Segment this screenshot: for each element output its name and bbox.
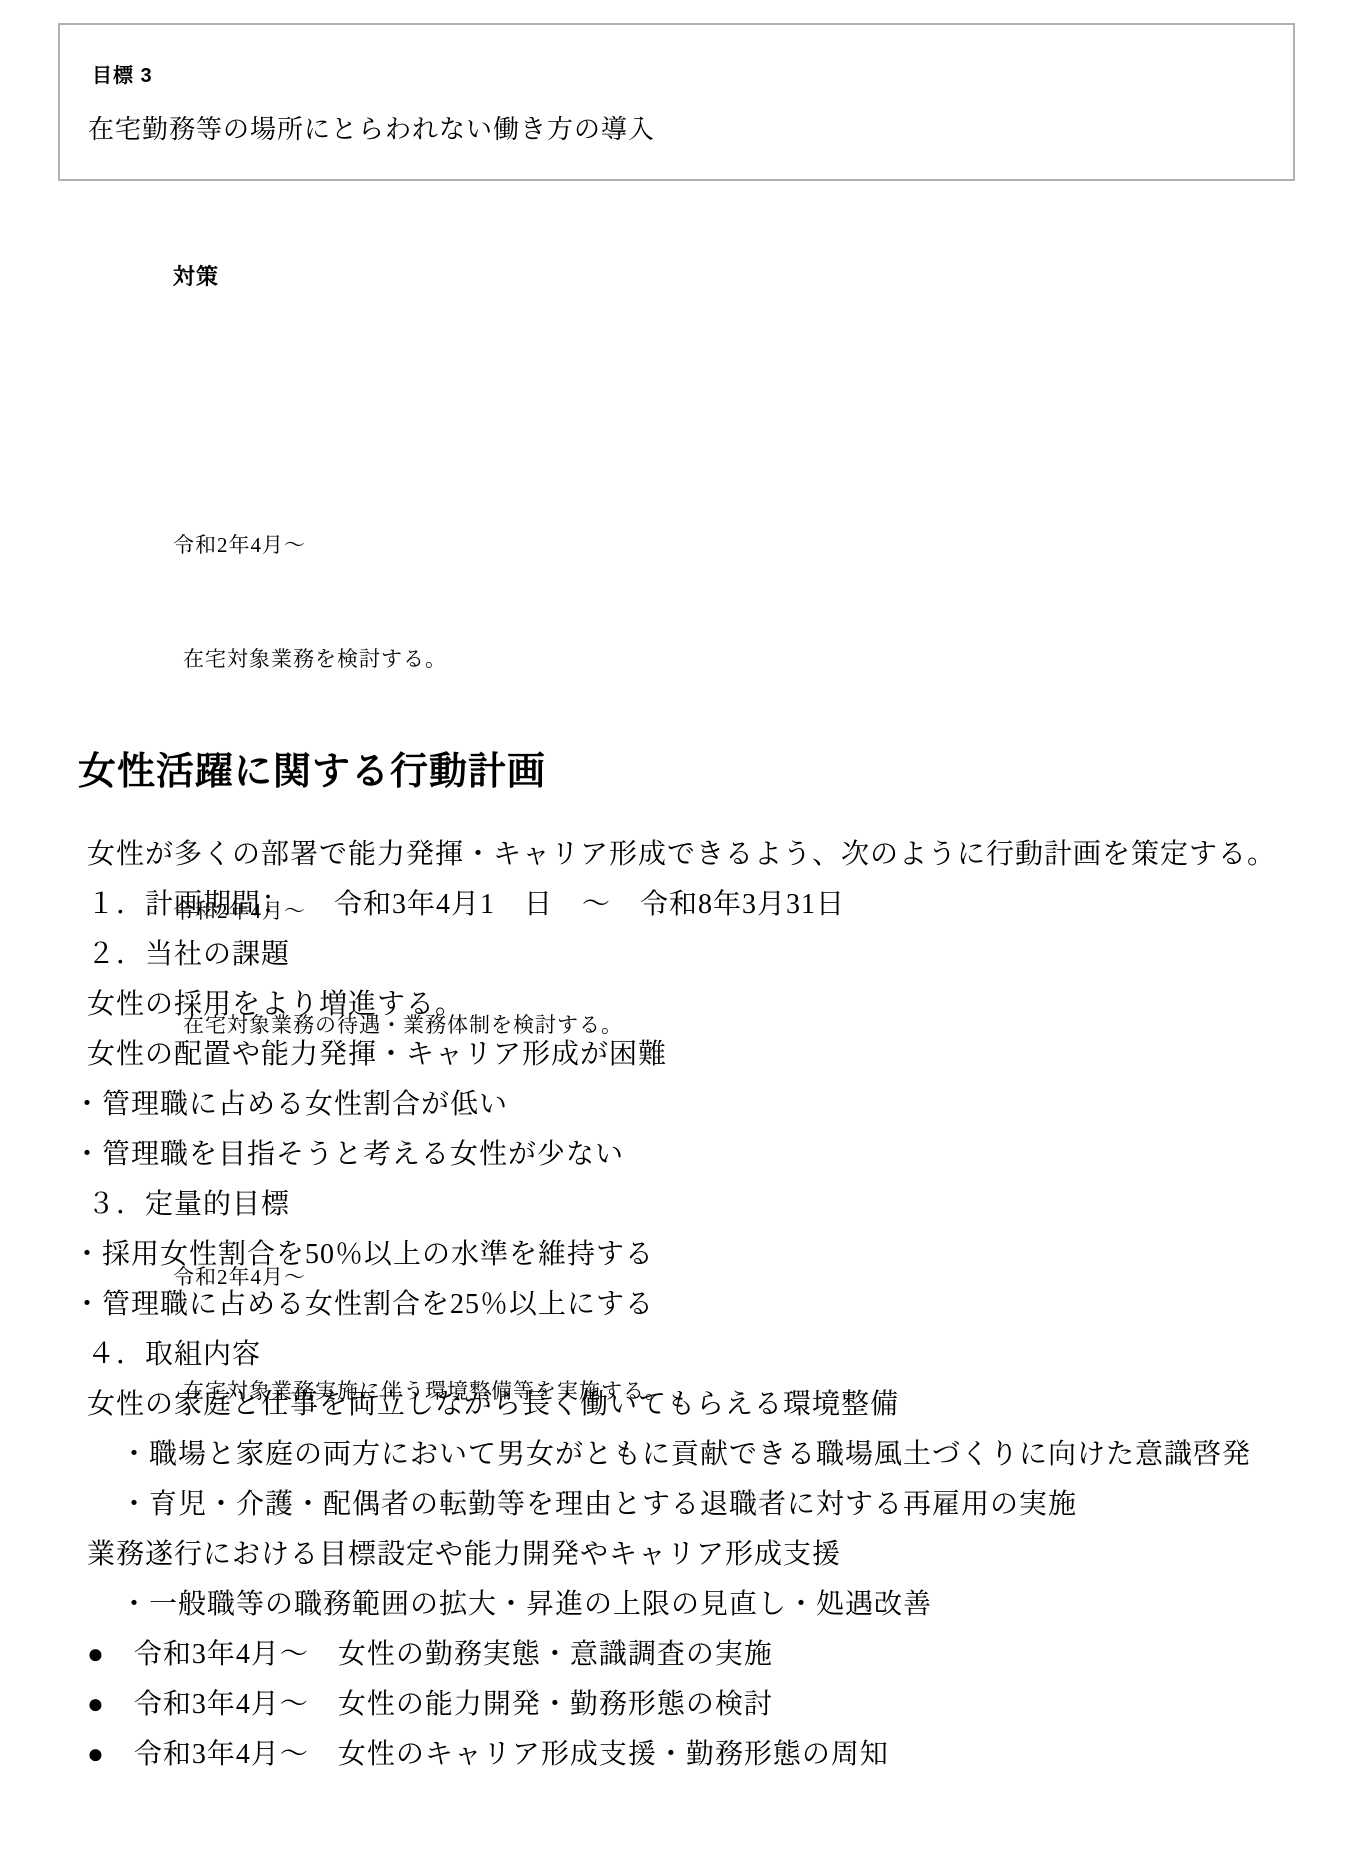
plan-line: ● 令和3年4月～ 女性の勤務実態・意識調査の実施: [87, 1630, 1276, 1680]
action-plan-body: 女性が多くの部署で能力発揮・キャリア形成できるよう、次のように行動計画を策定する…: [87, 830, 1276, 1780]
plan-line: ２．当社の課題: [87, 930, 1276, 980]
plan-line: 業務遂行における目標設定や能力開発やキャリア形成支援: [87, 1530, 1276, 1580]
document-page: 目標 3 在宅勤務等の場所にとらわれない働き方の導入 対策 令和2年4月～ 在宅…: [0, 0, 1354, 1872]
goal-box-label: 目標 3: [92, 59, 153, 88]
plan-line: ・管理職に占める女性割合を25％以上にする: [73, 1280, 1276, 1330]
action-plan-heading: 女性活躍に関する行動計画: [78, 740, 546, 795]
plan-line: １．計画期間： 令和3年4月1 日 ～ 令和8年3月31日: [87, 880, 1276, 930]
plan-line: ・採用女性割合を50％以上の水準を維持する: [73, 1230, 1276, 1280]
plan-line: 女性の家庭と仕事を両立しながら長く働いてもらえる環境整備: [87, 1380, 1276, 1430]
plan-line: ・職場と家庭の両方において男女がともに貢献できる職場風土づくりに向けた意識啓発: [120, 1430, 1276, 1480]
plan-line: ・一般職等の職務範囲の拡大・昇進の上限の見直し・処遇改善: [120, 1580, 1276, 1630]
measure-item: 令和2年4月～ 在宅対象業務を検討する。: [173, 480, 667, 768]
plan-line: 女性が多くの部署で能力発揮・キャリア形成できるよう、次のように行動計画を策定する…: [87, 830, 1276, 880]
measure-action: 在宅対象業務を検討する。: [183, 646, 667, 672]
plan-line: ● 令和3年4月～ 女性のキャリア形成支援・勤務形態の周知: [87, 1730, 1276, 1780]
plan-line: 女性の配置や能力発揮・キャリア形成が困難: [87, 1030, 1276, 1080]
plan-line: ● 令和3年4月～ 女性の能力開発・勤務形態の検討: [87, 1680, 1276, 1730]
plan-line: ４．取組内容: [87, 1330, 1276, 1380]
plan-line: ３．定量的目標: [87, 1180, 1276, 1230]
plan-line: ・育児・介護・配偶者の転勤等を理由とする退職者に対する再雇用の実施: [120, 1480, 1276, 1530]
plan-line: 女性の採用をより増進する。: [87, 980, 1276, 1030]
measures-heading: 対策: [173, 264, 667, 290]
plan-line: ・管理職に占める女性割合が低い: [73, 1080, 1276, 1130]
measure-date: 令和2年4月～: [173, 532, 667, 558]
goal-box-title: 在宅勤務等の場所にとらわれない働き方の導入: [88, 109, 655, 146]
goal-box: 目標 3 在宅勤務等の場所にとらわれない働き方の導入: [58, 23, 1295, 181]
plan-line: ・管理職を目指そうと考える女性が少ない: [73, 1130, 1276, 1180]
